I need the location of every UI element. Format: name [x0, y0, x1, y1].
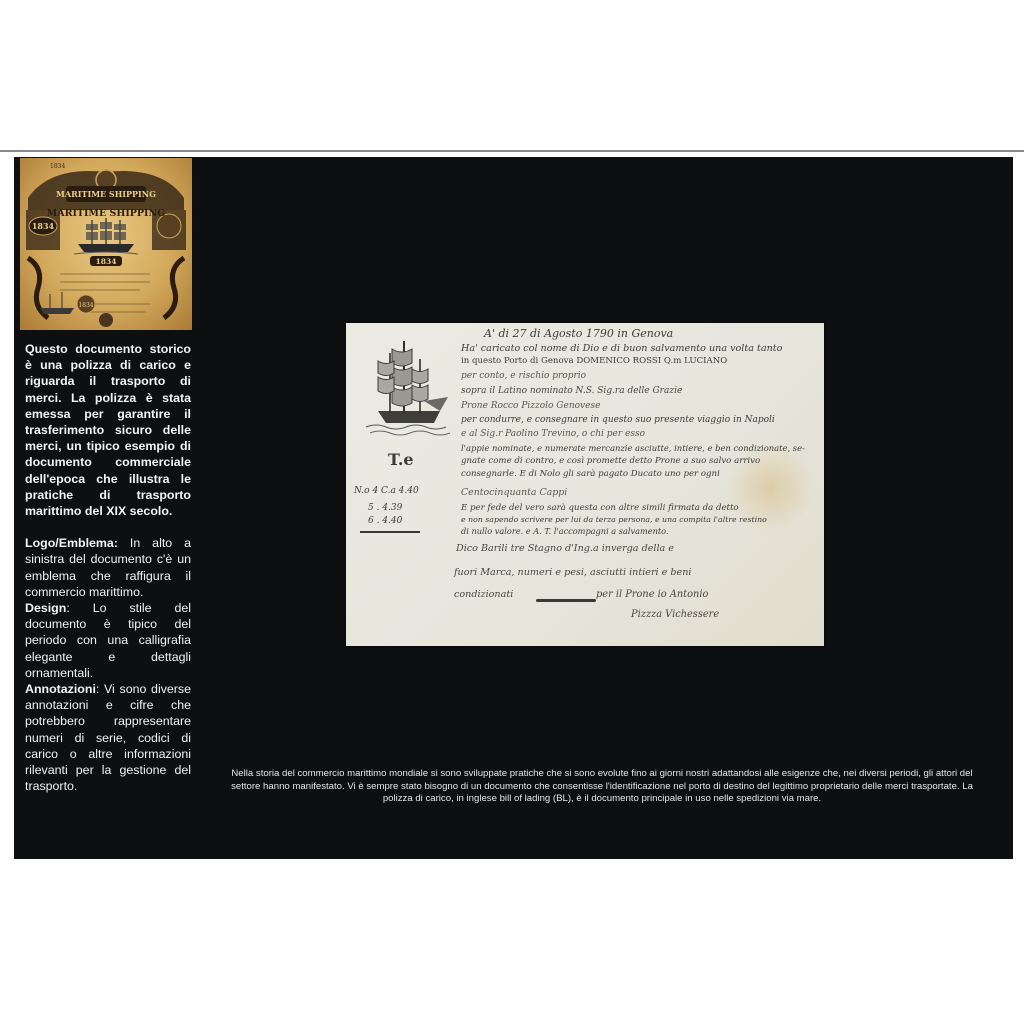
letter-line: per condurre, e consegnare in questo suo… — [461, 415, 775, 425]
note-annotations-label: Annotazioni — [25, 682, 96, 696]
note-design-label: Design — [25, 601, 66, 615]
letter-line: Centocinquanta Cappi — [461, 487, 567, 498]
signature-line: per il Prone io Antonio — [596, 589, 708, 600]
ink-stroke — [536, 599, 596, 602]
sidebar-description: Questo documento storico è una polizza d… — [25, 341, 191, 794]
letter-line: E per fede del vero sarà questa con altr… — [461, 503, 739, 513]
margin-note: 6 . 4.40 — [368, 516, 402, 526]
letter-line: Prone Rocco Pizzolo Genovese — [461, 401, 600, 411]
letter-line: e al Sig.r Paolino Trevino, o chi per es… — [461, 429, 645, 439]
caption-text: Nella storia del commercio marittimo mon… — [222, 768, 982, 806]
note-annotations: Annotazioni: Vi sono diverse annotazioni… — [25, 681, 191, 794]
ship-emblem-icon: MARITIME SHIPPING 1834 1834 MARITIME SHI… — [20, 158, 192, 330]
letter-line: sopra il Latino nominato N.S. Sig.ra del… — [461, 386, 682, 396]
svg-text:1834: 1834 — [78, 302, 93, 309]
margin-note: 5 . 4.39 — [368, 503, 402, 513]
svg-text:MARITIME SHIPPING: MARITIME SHIPPING — [56, 189, 156, 199]
margin-mark: T.e — [388, 450, 414, 469]
letter-line: consegnarle. E di Nolo gli sarà pagato D… — [461, 469, 720, 479]
note-design: Design: Lo stile del documento è tipico … — [25, 600, 191, 681]
svg-text:1834: 1834 — [50, 163, 65, 170]
letter-line: Dico Barili tre Stagno d'Ing.a inverga d… — [456, 543, 674, 554]
letter-line: gnate come di contro, e così promette de… — [461, 456, 760, 466]
letter-line: fuori Marca, numeri e pesi, asciutti int… — [454, 567, 691, 578]
letter-line: e non sapendo scrivere per lui da terza … — [461, 515, 767, 524]
letter-line: condizionati — [454, 589, 513, 600]
top-rule — [0, 150, 1024, 152]
signature-name: Pizzza Vichessere — [631, 609, 719, 620]
letter-date-line: A' di 27 di Agosto 1790 in Genova — [484, 327, 673, 340]
margin-note: N.o 4 C.a 4.40 — [354, 486, 419, 496]
letter-line: Ha' caricato col nome di Dio e di buon s… — [461, 343, 782, 354]
svg-text:1834: 1834 — [96, 257, 117, 266]
letter-line: di nullo valore. e A. T. l'accompagni a … — [461, 526, 669, 536]
note-logo-label: Logo/Emblema: — [25, 536, 118, 550]
letter-line: l'appie nominate, e numerate mercanzie a… — [461, 443, 805, 453]
svg-text:1834: 1834 — [32, 221, 55, 231]
note-logo: Logo/Emblema: In alto a sinistra del doc… — [25, 535, 191, 600]
intro-paragraph: Questo documento storico è una polizza d… — [25, 341, 191, 519]
sailing-ship-icon — [348, 329, 458, 439]
margin-rule — [360, 531, 420, 533]
bill-of-lading-document: A' di 27 di Agosto 1790 in Genova Ha' ca… — [346, 323, 824, 646]
letter-line: in questo Porto di Genova DOMENICO ROSSI… — [461, 356, 727, 366]
svg-text:MARITIME SHIPPING: MARITIME SHIPPING — [47, 208, 166, 219]
note-annotations-text: : Vi sono diverse annotazioni e cifre ch… — [25, 682, 191, 793]
letter-line: per conto, e rischio proprio — [461, 371, 586, 381]
maritime-shipping-emblem: MARITIME SHIPPING 1834 1834 MARITIME SHI… — [20, 158, 192, 330]
